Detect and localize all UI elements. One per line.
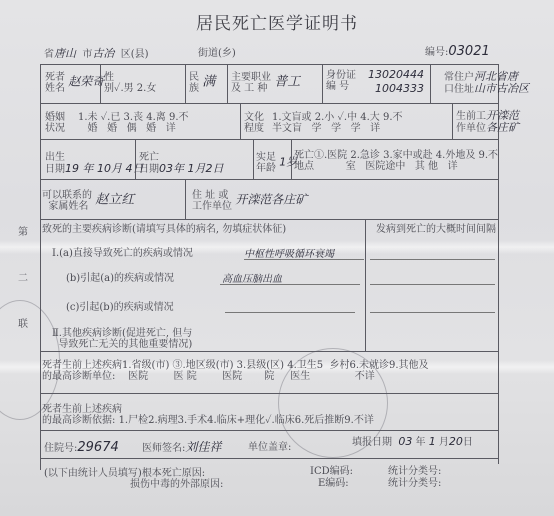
- e-code-label: E编码:: [318, 478, 349, 489]
- province-label: 省: [44, 49, 54, 60]
- divider: [227, 64, 228, 103]
- unit-seal-label: 单位盖章:: [248, 442, 291, 453]
- divider: [185, 179, 186, 219]
- row-divider: [40, 430, 498, 431]
- interval-line-b: [370, 284, 495, 285]
- contact-name-field: 可以联系的 家属姓名 赵立红: [42, 190, 134, 212]
- divider: [291, 139, 292, 179]
- residence-field: 常住户河北省唐口住址山市古冶区: [444, 71, 529, 95]
- city-label: 市: [82, 49, 92, 60]
- city-value: 古冶: [92, 47, 114, 60]
- inpatient-number-value: 29674: [77, 440, 118, 455]
- id-number-value: 13020444 1004333: [368, 68, 424, 96]
- divider: [365, 219, 366, 351]
- cause-b-label: (b)引起(a)的疾病或情况: [66, 273, 174, 284]
- inpatient-number: 住院号:29674: [44, 442, 119, 454]
- table-border-bottom: [40, 458, 498, 459]
- divider: [240, 103, 241, 139]
- education-options: 1.文盲或 2.小 ✓.中 4.大 9.不半文盲 学 学 学 详: [272, 112, 403, 134]
- cause-a-label: Ⅰ.(a)直接导致死亡的疾病或情况: [52, 248, 193, 259]
- divider: [430, 64, 431, 103]
- ethnicity-value: 满: [202, 75, 215, 90]
- official-seal-stamp: [278, 348, 388, 458]
- cause-b-value: 高血压脑出血: [222, 270, 282, 285]
- ethnicity-field: 民族 满: [189, 72, 215, 94]
- district-label: 区(县): [121, 49, 149, 60]
- sex-options: ✓.男 2.女: [114, 83, 156, 94]
- diagnosis-heading: 致死的主要疾病诊断(请填写具体的病名, 勿填症状体征): [42, 224, 286, 235]
- death-date-field: 死亡日期03年 1月2日: [139, 152, 224, 175]
- workplace-field: 生前工开滦范作单位各庄矿: [456, 110, 519, 134]
- divider: [253, 139, 254, 179]
- contact-address-value: 开滦范各庄矿: [235, 193, 307, 207]
- occupation-value: 普工: [274, 75, 300, 90]
- deceased-name-value: 赵荣奇: [68, 75, 104, 89]
- interval-heading: 发病到死亡的大概时间间隔: [376, 224, 496, 235]
- serial-number: 编号:03021: [425, 46, 490, 58]
- divider: [135, 139, 136, 179]
- fill-line: [220, 284, 360, 285]
- divider: [322, 64, 323, 103]
- divider: [452, 103, 453, 139]
- statistics-note: (以下由统计人员填写)根本死亡原因:: [44, 468, 205, 479]
- row-divider: [40, 351, 498, 352]
- deceased-name-field: 死者姓名 赵荣奇: [45, 72, 104, 94]
- partial-seal-stamp: [0, 300, 60, 420]
- other-diagnosis-label: Ⅱ.其他疾病诊断(促进死亡, 但与 导致死亡无关的其他重要情况): [52, 328, 192, 350]
- row-divider: [40, 103, 498, 104]
- document-title: 居民死亡医学证明书: [0, 9, 554, 34]
- sex-field: 性别✓.男 2.女: [104, 72, 156, 94]
- birth-date-value: 19 年 10月 4日: [65, 162, 143, 175]
- cause-c-label: (c)引起(b)的疾病或情况: [66, 302, 174, 313]
- statistics-class-label-1: 统计分类号:: [388, 466, 441, 477]
- birth-date-field: 出生日期19 年 10月 4日: [45, 152, 143, 175]
- marital-options: 1.未 ✓.已 3.丧 4.离 9.不 婚 婚 偶 婚 详: [78, 112, 189, 134]
- row-divider: [40, 179, 498, 180]
- death-place-field: 死亡①.医院 2.急诊 3.家中或赴 4.外地及 9.不地点 室 医院途中 其 …: [294, 150, 498, 172]
- interval-line-a: [370, 259, 495, 260]
- doctor-signature-value: 刘佳祥: [185, 440, 221, 454]
- row-divider: [40, 139, 498, 140]
- contact-address-field: 住 址 或工作单位 开滦范各庄矿: [192, 190, 307, 212]
- serial-label: 编号:: [425, 47, 448, 58]
- province-value: 唐山: [54, 47, 76, 60]
- fill-line: [244, 259, 364, 260]
- contact-name-value: 赵立红: [95, 193, 134, 208]
- divider: [100, 64, 101, 103]
- location-header: 省唐山 市古冶 区(县): [44, 48, 149, 60]
- death-certificate-document: 居民死亡医学证明书 省唐山 市古冶 区(县) 街道(乡) 编号:03021 死者…: [0, 0, 554, 516]
- education-field: 文化程度: [244, 112, 264, 134]
- interval-line-c: [370, 312, 495, 313]
- icd-code-label: ICD编码:: [310, 466, 353, 477]
- marital-status-field: 婚姻状况: [45, 112, 65, 134]
- external-cause-label: 损伤中毒的外部原因:: [130, 479, 223, 490]
- row-divider: [40, 393, 498, 394]
- cause-a-value: 中枢性呼吸循环衰竭: [244, 245, 334, 260]
- id-number-field: 身份证编 号: [326, 70, 356, 92]
- statistics-class-label-2: 统计分类号:: [388, 478, 441, 489]
- row-divider: [40, 219, 498, 220]
- divider: [185, 64, 186, 103]
- serial-value: 03021: [448, 44, 489, 59]
- fill-line: [225, 312, 355, 313]
- occupation-field: 主要职业及 工 种 普工: [231, 72, 300, 94]
- death-date-value: 03年 1月2日: [159, 162, 224, 175]
- doctor-signature: 医师签名:刘佳祥: [142, 442, 221, 454]
- street-label: 街道(乡): [198, 48, 236, 59]
